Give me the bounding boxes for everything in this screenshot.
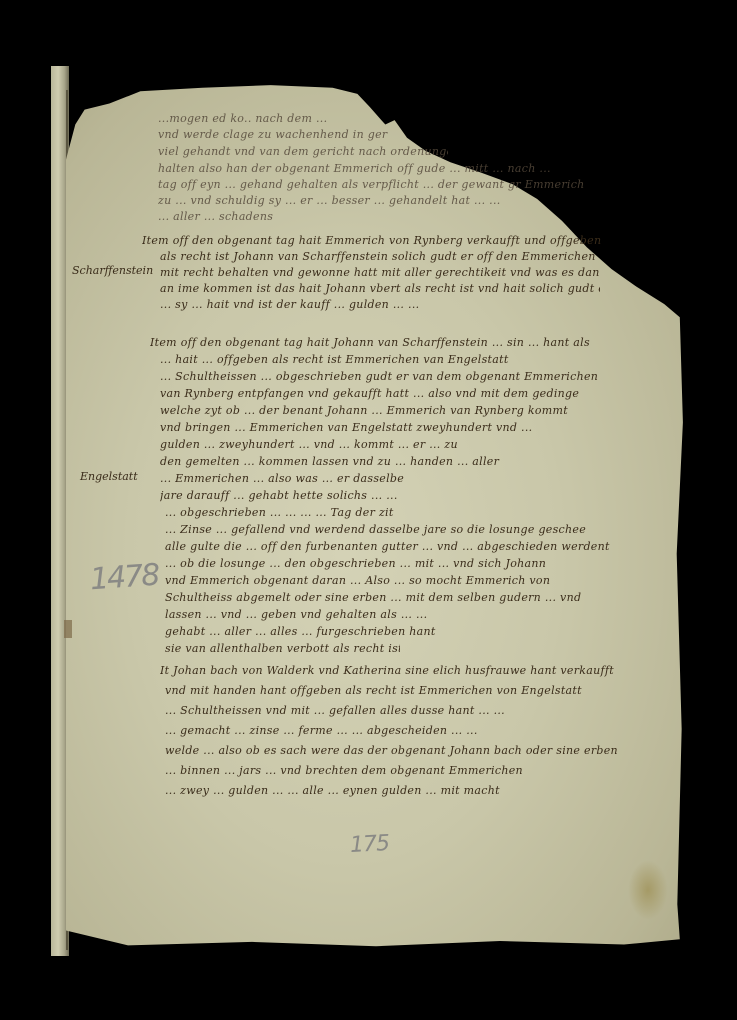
folio-number: 175 (349, 831, 389, 858)
text-line: viel gehandt vnd van dem gericht nach or… (158, 145, 448, 158)
text-line: ... aller ... schadens (158, 210, 418, 223)
text-line: ... Zinse ... gefallend vnd werdend dass… (165, 523, 605, 536)
text-line: ... gemacht ... zinse ... ferme ... ... … (165, 724, 620, 737)
text-line: ... Emmerichen ... also was ... er dasse… (160, 472, 605, 485)
text-line: ... binnen ... jars ... vnd brechten dem… (165, 764, 575, 777)
text-line: Item off den obgenant tag hait Emmerich … (142, 234, 614, 247)
text-line: vnd mit handen hant offgeben als recht i… (165, 684, 640, 697)
text-line: tag off eyn ... gehand gehalten als verp… (158, 178, 598, 191)
text-line: ... hait ... offgeben als recht ist Emme… (160, 353, 610, 366)
text-line: ... Schultheissen ... obgeschrieben gudt… (160, 370, 615, 383)
text-line: gulden ... zweyhundert ... vnd ... kommt… (160, 438, 615, 451)
text-line: als recht ist Johann van Scharffenstein … (160, 250, 622, 263)
text-line: zu ... vnd schuldig sy ... er ... besser… (158, 194, 588, 207)
text-line: ... sy ... hait vnd ist der kauff ... gu… (160, 298, 465, 311)
text-line: ... Schultheissen vnd mit ... gefallen a… (165, 704, 635, 717)
text-line: gehabt ... aller ... alles ... furgeschr… (165, 625, 625, 638)
text-line: ...mogen ed ko.. nach dem ... (158, 112, 373, 125)
text-line: lassen ... vnd ... geben vnd gehalten al… (165, 608, 605, 621)
text-line: halten also han der obgenant Emmerich of… (158, 162, 558, 175)
text-line: ... obgeschrieben ... ... ... ... Tag de… (165, 506, 610, 519)
text-line: Schultheiss abgemelt oder sine erben ...… (165, 591, 610, 604)
text-line: ... zwey ... gulden ... ... alle ... eyn… (165, 784, 630, 797)
text-line: Item off den obgenant tag hait Johann va… (150, 336, 610, 349)
text-line: sie van allenthalben verbott als recht i… (165, 642, 400, 655)
text-line: jare darauff ... gehabt hette solichs ..… (160, 489, 610, 502)
text-line: ... ob die losunge ... den obgeschrieben… (165, 557, 605, 570)
text-line: welde ... also ob es sach were das der o… (165, 744, 620, 757)
margin-note-scharffenstein: Scharffenstein (72, 264, 153, 277)
tab-mark (64, 620, 72, 638)
text-line: mit recht behalten vnd gewonne hatt mit … (160, 266, 620, 279)
text-line: van Rynberg entpfangen vnd gekaufft hatt… (160, 387, 625, 400)
text-line: vnd werde clage zu wachenhend in gericht (158, 128, 388, 141)
text-line: alle gulte die ... off den furbenanten g… (165, 540, 610, 553)
text-line: den gemelten ... kommen lassen vnd zu ..… (160, 455, 610, 468)
text-line: vnd bringen ... Emmerichen van Engelstat… (160, 421, 620, 434)
pencil-year-annotation: 1478 (89, 558, 160, 598)
text-line: It Johan bach von Walderk vnd Katherina … (160, 664, 660, 677)
margin-note-engelstatt: Engelstatt (80, 470, 138, 483)
text-line: welche zyt ob ... der benant Johann ... … (160, 404, 635, 417)
text-line: an ime kommen ist das hait Johann vbert … (160, 282, 600, 295)
text-line: vnd Emmerich obgenant daran ... Also ...… (165, 574, 615, 587)
water-stain (628, 860, 668, 920)
